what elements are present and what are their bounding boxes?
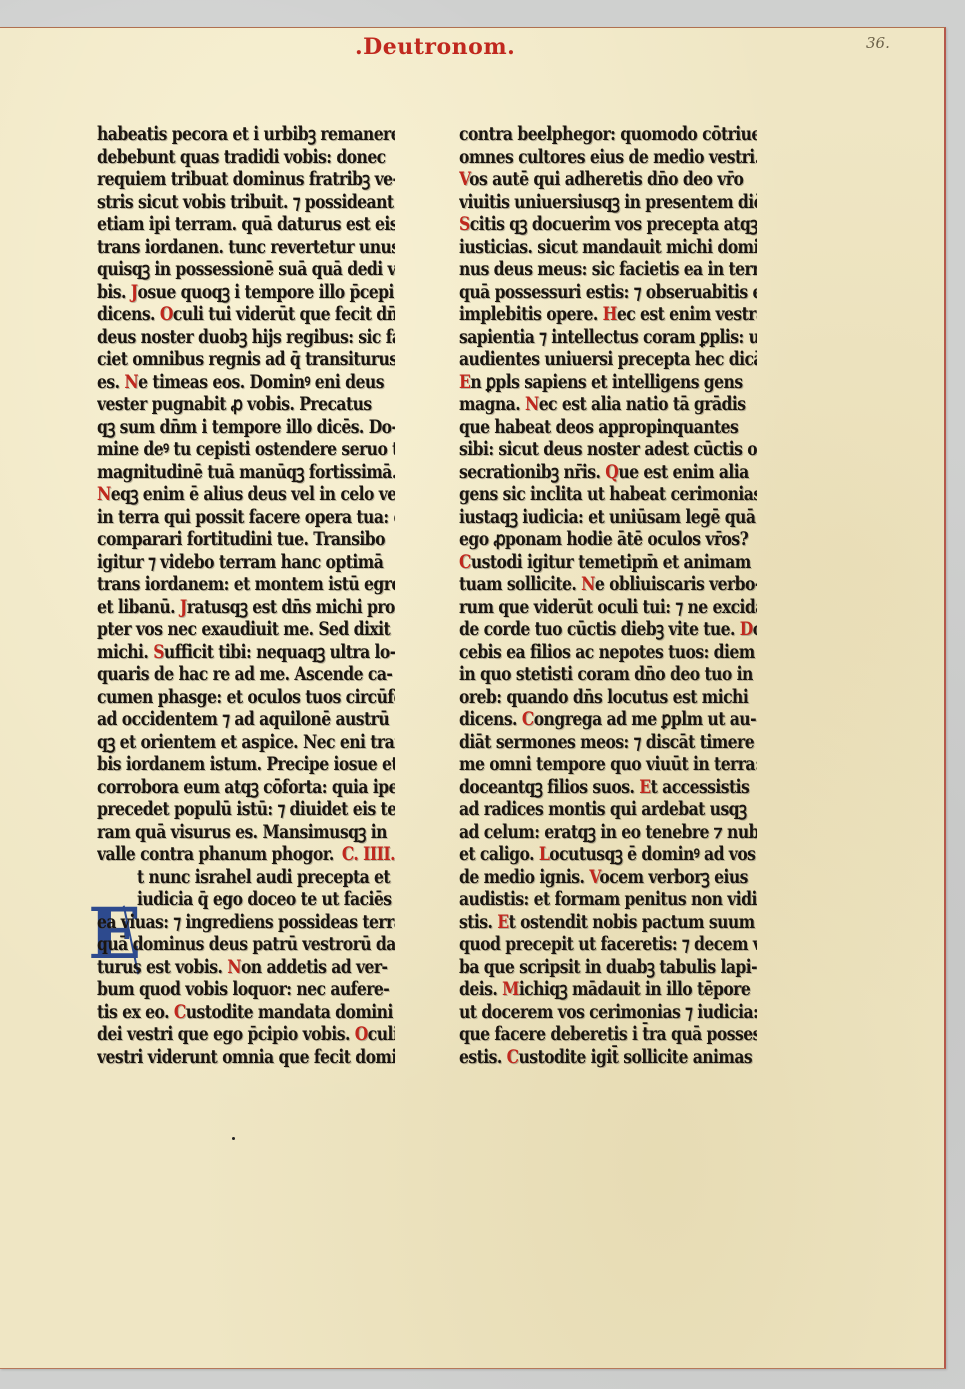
line-text-pre: doceantqꝫ filios suos. bbox=[459, 775, 639, 797]
line-text: nus deus meus: sic facietis ea in terra bbox=[459, 257, 757, 279]
line-text: ustodite igit̄ sollicite animas bbox=[519, 1045, 753, 1067]
rubricated-letter: C bbox=[174, 1000, 186, 1022]
rubricated-letter: V bbox=[459, 167, 469, 189]
line-text: ec est enim vestra bbox=[617, 302, 757, 324]
line-text: iustaqꝫ iudicia: et uniūsam legē quā bbox=[459, 505, 755, 527]
line-text-pre: magna. bbox=[459, 392, 525, 414]
line-text: habeatis pecora et i urbibꝫ remanere bbox=[97, 122, 395, 144]
line-text: e timeas eos. Dominꝰ eni deus bbox=[138, 370, 384, 392]
rubricated-letter: D bbox=[740, 617, 753, 639]
line-text: que habeat deos appropinquantes bbox=[459, 415, 738, 437]
line-text: ram quā visurus es. Mansimusqꝫ in bbox=[97, 820, 387, 842]
line-text-pre: de corde tuo cūctis diebꝫ vite tue. bbox=[459, 617, 740, 639]
right-text-column: contra beelphegor: quomodo cōtriueritomn… bbox=[459, 123, 757, 1068]
line-text-pre: es. bbox=[97, 370, 124, 392]
line-text-pre: dicens. bbox=[459, 707, 522, 729]
rubricated-letter: N bbox=[525, 392, 539, 414]
rubricated-letter: N bbox=[124, 370, 138, 392]
line-text: vestri viderunt omnia que fecit dominꝰ bbox=[97, 1045, 395, 1067]
line-text: quā dominus deus patrū vestrorū da- bbox=[97, 932, 395, 954]
line-text-pre: michi. bbox=[97, 640, 153, 662]
line-text: quā possessuri estis: ⁊ obseruabitis et bbox=[459, 280, 757, 302]
text-line: estis. Custodite igit̄ sollicite animas bbox=[459, 1043, 757, 1070]
line-text: quaris de hac re ad me. Ascende ca- bbox=[97, 662, 392, 684]
line-text: osue quoqꝫ i tempore illo p̄cepi bbox=[138, 280, 394, 302]
chapter-marker: C. IIII. bbox=[342, 842, 395, 864]
line-text: audistis: et formam penitus non vidi- bbox=[459, 887, 757, 909]
line-text: n ꝑpls sapiens et intelligens gens bbox=[470, 370, 742, 392]
rubricated-letter: C bbox=[507, 1045, 519, 1067]
line-text: ad celum: eratqꝫ in eo tenebre ⁊ nubes bbox=[459, 820, 757, 842]
line-text: ratusqꝫ est dn̄s michi pro- bbox=[187, 595, 395, 617]
line-text: ea viuas: ⁊ ingrediens possideas terrā bbox=[97, 910, 395, 932]
rubricated-letter: C bbox=[459, 550, 471, 572]
line-text: ba que scripsit in duabꝫ tabulis lapi- bbox=[459, 955, 757, 977]
line-text: t ostendit nobis pactum suum bbox=[509, 910, 755, 932]
line-text-pre: et caligo. bbox=[459, 842, 539, 864]
rubricated-letter: Q bbox=[605, 460, 618, 482]
line-text-pre: deis. bbox=[459, 977, 502, 999]
line-text: gens sic inclita ut habeat cerimonias bbox=[459, 482, 757, 504]
line-text: ustodi igitur temetipm̄ et animam bbox=[471, 550, 751, 572]
line-text: precedet populū istū: ⁊ diuidet eis ter- bbox=[97, 797, 395, 819]
line-text: magnitudinē tuā manūqꝫ fortissimā. bbox=[97, 460, 395, 482]
line-text: qꝫ et orientem et aspice. Nec eni transi… bbox=[97, 730, 395, 752]
rubricated-letter: M bbox=[502, 977, 519, 999]
rubricated-letter: S bbox=[153, 640, 164, 662]
text-line: vestri viderunt omnia que fecit dominꝰ bbox=[97, 1043, 395, 1070]
line-text-pre: secrationibꝫ nr̄is. bbox=[459, 460, 605, 482]
line-text: me omni tempore quo viuūt in terra: bbox=[459, 752, 757, 774]
folio-number: 36. bbox=[866, 34, 890, 52]
line-text: mine deꝰ tu cepisti ostendere seruo tuo bbox=[97, 437, 395, 459]
line-text: culi bbox=[368, 1022, 395, 1044]
line-text: eqꝫ enim ē alius deus vel in celo vel bbox=[111, 482, 395, 504]
line-text: ciet omnibus regnis ad q̄ transiturus bbox=[97, 347, 395, 369]
line-text: trans iordanem: et montem istū egregiū bbox=[97, 572, 395, 594]
line-text: comparari fortitudini tue. Transibo bbox=[97, 527, 385, 549]
rubricated-letter: S bbox=[459, 212, 470, 234]
line-text: iudicia q̄ ego doceo te ut faciēs bbox=[137, 887, 391, 909]
line-text: iusticias. sicut mandauit michi domi- bbox=[459, 235, 757, 257]
rubricated-letter: J bbox=[131, 280, 138, 302]
line-text-pre: de medio ignis. bbox=[459, 865, 589, 887]
ink-speck bbox=[232, 1137, 235, 1140]
line-text: viuitis uniuersiusqꝫ in presentem diē. bbox=[459, 190, 757, 212]
line-text-pre: bis. bbox=[97, 280, 131, 302]
rubricated-letter: O bbox=[160, 302, 173, 324]
line-text: ufficit tibi: nequaqꝫ ultra lo- bbox=[164, 640, 395, 662]
line-text: igitur ⁊ videbo terram hanc optimā bbox=[97, 550, 383, 572]
line-text: etiam ipi terram. quā daturus est eis bbox=[97, 212, 395, 234]
line-text: in terra qui possit facere opera tua: et bbox=[97, 505, 395, 527]
line-text: ec est alia natio tā grādis bbox=[539, 392, 746, 414]
line-text: ichiqꝫ mādauit in illo tēpore bbox=[519, 977, 750, 999]
line-text: ad radices montis qui ardebat usqꝫ bbox=[459, 797, 746, 819]
line-text-pre: stis. bbox=[459, 910, 497, 932]
line-text-pre: turus est vobis. bbox=[97, 955, 227, 977]
line-text: t nunc israhel audi precepta et bbox=[137, 865, 390, 887]
line-text: quod precepit ut faceretis: ⁊ decem ver- bbox=[459, 932, 757, 954]
line-text: in quo stetisti coram dn̄o deo tuo in bbox=[459, 662, 753, 684]
line-text-pre: dei vestri que ego p̄cipio vobis. bbox=[97, 1022, 355, 1044]
line-text: valle contra phanum phogor. bbox=[97, 842, 334, 864]
rubricated-letter: N bbox=[227, 955, 241, 977]
line-text: ego ꝓponam hodie ātē oculos vr̄os? bbox=[459, 527, 748, 549]
line-text-pre: tuam sollicite. bbox=[459, 572, 581, 594]
running-head: .Deutronom. bbox=[355, 34, 495, 60]
line-text: bis iordanem istum. Precipe iosue et bbox=[97, 752, 395, 774]
line-text: sapientia ⁊ intellectus coram ꝑplis: ut bbox=[459, 325, 757, 347]
line-text: ocutusqꝫ ē dominꝰ ad vos bbox=[549, 842, 755, 864]
line-text: o- bbox=[753, 617, 757, 639]
line-text: stris sicut vobis tribuit. ⁊ possideant bbox=[97, 190, 394, 212]
rubricated-letter: E bbox=[459, 370, 470, 392]
line-text: que facere deberetis i t̄ra quā possessu… bbox=[459, 1022, 757, 1044]
rubricated-letter: C bbox=[522, 707, 534, 729]
line-text-pre: estis. bbox=[459, 1045, 507, 1067]
rubricated-letter: L bbox=[539, 842, 549, 864]
line-text: deus noster duobꝫ hijs regibus: sic fa- bbox=[97, 325, 395, 347]
line-text: e obliuiscaris verbo- bbox=[595, 572, 757, 594]
line-text: bum quod vobis loquor: nec aufere- bbox=[97, 977, 389, 999]
rubricated-letter: J bbox=[180, 595, 187, 617]
line-text: t accessistis bbox=[651, 775, 750, 797]
line-text: quisqꝫ in possessionē suā quā dedi vo- bbox=[97, 257, 395, 279]
line-text: requiem tribuat dominus fratribꝫ ve- bbox=[97, 167, 395, 189]
line-text: ocem verborꝫ eius bbox=[599, 865, 747, 887]
rubricated-letter: V bbox=[589, 865, 599, 887]
line-text: rum que viderūt oculi tui: ⁊ ne excidāt bbox=[459, 595, 757, 617]
line-text: ustodite mandata domini bbox=[186, 1000, 393, 1022]
line-text-pre: dicens. bbox=[97, 302, 160, 324]
line-text: corrobora eum atqꝫ cōforta: quia ipe bbox=[97, 775, 395, 797]
line-text: trans iordanen. tunc revertetur unus- bbox=[97, 235, 395, 257]
rubricated-letter: N bbox=[581, 572, 595, 594]
line-text: citis qꝫ docuerim vos precepta atqꝫ bbox=[470, 212, 757, 234]
line-text: omnes cultores eius de medio vestri. bbox=[459, 145, 757, 167]
line-text: debebunt quas tradidi vobis: donec bbox=[97, 145, 386, 167]
rubricated-letter: O bbox=[355, 1022, 368, 1044]
line-text: audientes uniuersi precepta hec dicāt. bbox=[459, 347, 757, 369]
line-text: ad occidentem ⁊ ad aquilonē austrū bbox=[97, 707, 389, 729]
line-text: on addetis ad ver- bbox=[241, 955, 388, 977]
line-text: diāt sermones meos: ⁊ discāt timere bbox=[459, 730, 754, 752]
line-text: contra beelphegor: quomodo cōtriuerit bbox=[459, 122, 757, 144]
line-text: ongrega ad me ꝑplm ut au- bbox=[534, 707, 756, 729]
line-text-pre: tis ex eo. bbox=[97, 1000, 174, 1022]
line-text-pre: et libanū. bbox=[97, 595, 180, 617]
line-text: os autē qui adheretis dn̄o deo vr̄o bbox=[469, 167, 743, 189]
line-text: qꝫ sum dn̄m i tempore illo dicēs. Do- bbox=[97, 415, 395, 437]
line-text: ue est enim alia bbox=[618, 460, 748, 482]
line-text: culi tui viderūt que fecit dn̄s bbox=[173, 302, 395, 324]
line-text: ut docerem vos cerimonias ⁊ iudicia: bbox=[459, 1000, 757, 1022]
line-text-pre: implebitis opere. bbox=[459, 302, 603, 324]
line-text: vester pugnabit ꝓ vobis. Precatus bbox=[97, 392, 372, 414]
line-text: cumen phasge: et oculos tuos circūfer bbox=[97, 685, 395, 707]
line-text: pter vos nec exaudiuit me. Sed dixit bbox=[97, 617, 390, 639]
left-text-column: habeatis pecora et i urbibꝫ remaneredebe… bbox=[97, 123, 395, 1068]
rubricated-letter: H bbox=[603, 302, 617, 324]
rubricated-letter: N bbox=[97, 482, 111, 504]
line-text: sibi: sicut deus noster adest cūctis ob- bbox=[459, 437, 757, 459]
line-text: oreb: quando dn̄s locutus est michi bbox=[459, 685, 748, 707]
rubricated-letter: E bbox=[639, 775, 650, 797]
line-text: cebis ea filios ac nepotes tuos: diem bbox=[459, 640, 755, 662]
rubricated-letter: E bbox=[497, 910, 508, 932]
